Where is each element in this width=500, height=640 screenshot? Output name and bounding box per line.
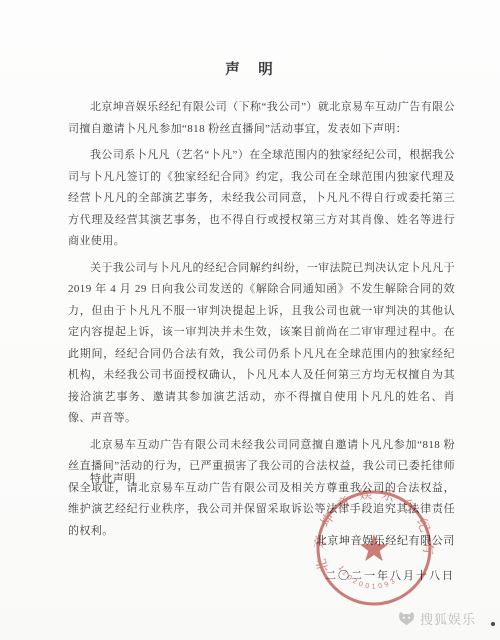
signature-company: 北京坤音娱乐经纪有限公司 <box>316 532 455 548</box>
signature-date: 二〇二一年八月十八日 <box>316 567 455 583</box>
photo-artifact-dot <box>491 622 495 626</box>
paragraph-infringement-claim: 北京易车互动广告有限公司未经我公司同意擅自邀请卜凡凡参加“818 粉丝直播间”活… <box>68 435 455 543</box>
document-title: 声 明 <box>0 58 500 79</box>
signature-block: 北京坤音娱乐经纪有限公司 二〇二一年八月十八日 <box>316 532 455 583</box>
sohu-fox-icon <box>398 611 415 626</box>
paragraph-intro: 北京坤音娱乐经纪有限公司（下称“我公司”）就北京易车互动广告有限公司擅自邀请卜凡… <box>68 97 455 140</box>
closing-line: 特此声明 <box>68 470 136 486</box>
paragraph-exclusive-agency: 我公司系卜凡凡（艺名“卜凡”）在全球范围内的独家经纪公司，根据我公司与卜凡凡签订… <box>68 145 455 253</box>
sohu-entertainment-watermark: 搜狐娱乐 <box>398 609 476 628</box>
watermark-label: 搜狐娱乐 <box>420 609 476 628</box>
statement-document: 声 明 北京坤音娱乐经纪有限公司（下称“我公司”）就北京易车互动广告有限公司擅自… <box>0 0 500 640</box>
paragraph-lawsuit-status: 关于我公司与卜凡凡的经纪合同解约纠纷，一审法院已判决认定卜凡凡于 2019 年 … <box>68 258 455 430</box>
